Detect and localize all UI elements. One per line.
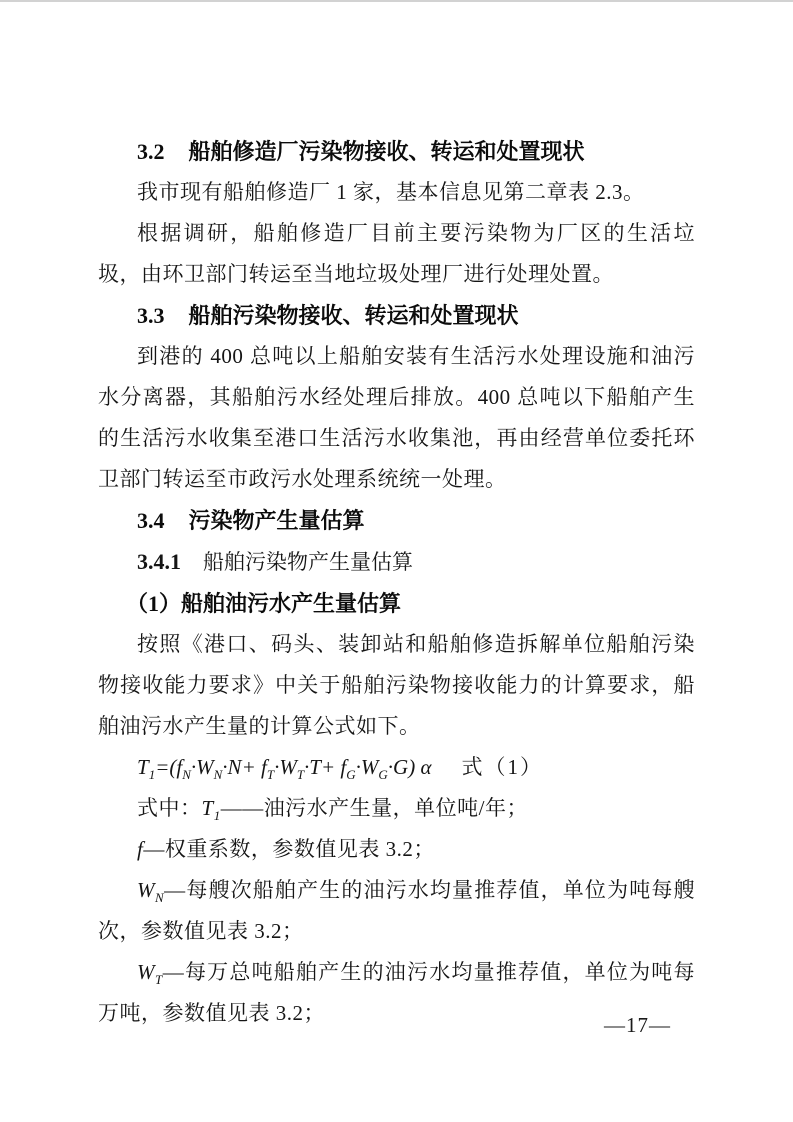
formula-label: 式（1） xyxy=(461,755,543,779)
paragraph-factory-waste: 根据调研，船舶修造厂目前主要污染物为厂区的生活垃圾，由环卫部门转运至当地垃圾处理… xyxy=(98,213,695,295)
definition-wn: WN—每艘次船舶产生的油污水均量推荐值，单位为吨每艘次，参数值见表 3.2； xyxy=(98,870,695,952)
definition-f: f—权重系数，参数值见表 3.2； xyxy=(98,829,695,870)
formula-line: T1=(fN·WN·N+ fT·WT·T+ fG·WG·G) α式（1） xyxy=(98,747,695,788)
document-page: 3.2船舶修造厂污染物接收、转运和处置现状 我市现有船舶修造厂 1 家，基本信息… xyxy=(0,0,793,1122)
section-title: 船舶修造厂污染物接收、转运和处置现状 xyxy=(189,139,585,164)
paragraph-ship-sewage: 到港的 400 总吨以上船舶安装有生活污水处理设施和油污水分离器，其船舶污水经处… xyxy=(98,336,695,500)
formula-expression: T1=(fN·WN·N+ fT·WT·T+ fG·WG·G) α xyxy=(137,755,431,779)
paragraph-factory-count: 我市现有船舶修造厂 1 家，基本信息见第二章表 2.3。 xyxy=(98,172,695,213)
section-number: 3.3 xyxy=(137,303,165,328)
section-heading-3-2: 3.2船舶修造厂污染物接收、转运和处置现状 xyxy=(98,131,695,172)
section-number: 3.2 xyxy=(137,139,165,164)
definition-t1: 式中：T1——油污水产生量，单位吨/年； xyxy=(98,788,695,829)
subsection-number: 3.4.1 xyxy=(137,549,181,574)
section-heading-3-3: 3.3船舶污染物接收、转运和处置现状 xyxy=(98,295,695,336)
paragraph-calc-basis: 按照《港口、码头、装卸站和船舶修造拆解单位船舶污染物接收能力要求》中关于船舶污染… xyxy=(98,624,695,747)
section-number: 3.4 xyxy=(137,508,165,533)
scan-edge-line xyxy=(0,0,793,2)
item-heading-1: （1）船舶油污水产生量估算 xyxy=(98,583,695,624)
page-content: 3.2船舶修造厂污染物接收、转运和处置现状 我市现有船舶修造厂 1 家，基本信息… xyxy=(0,0,793,1034)
page-number: —17— xyxy=(604,1012,671,1038)
subsection-heading-3-4-1: 3.4.1船舶污染物产生量估算 xyxy=(98,541,695,583)
section-heading-3-4: 3.4污染物产生量估算 xyxy=(98,500,695,541)
subsection-title: 船舶污染物产生量估算 xyxy=(203,550,413,574)
section-title: 船舶污染物接收、转运和处置现状 xyxy=(189,303,519,328)
section-title: 污染物产生量估算 xyxy=(189,508,365,533)
